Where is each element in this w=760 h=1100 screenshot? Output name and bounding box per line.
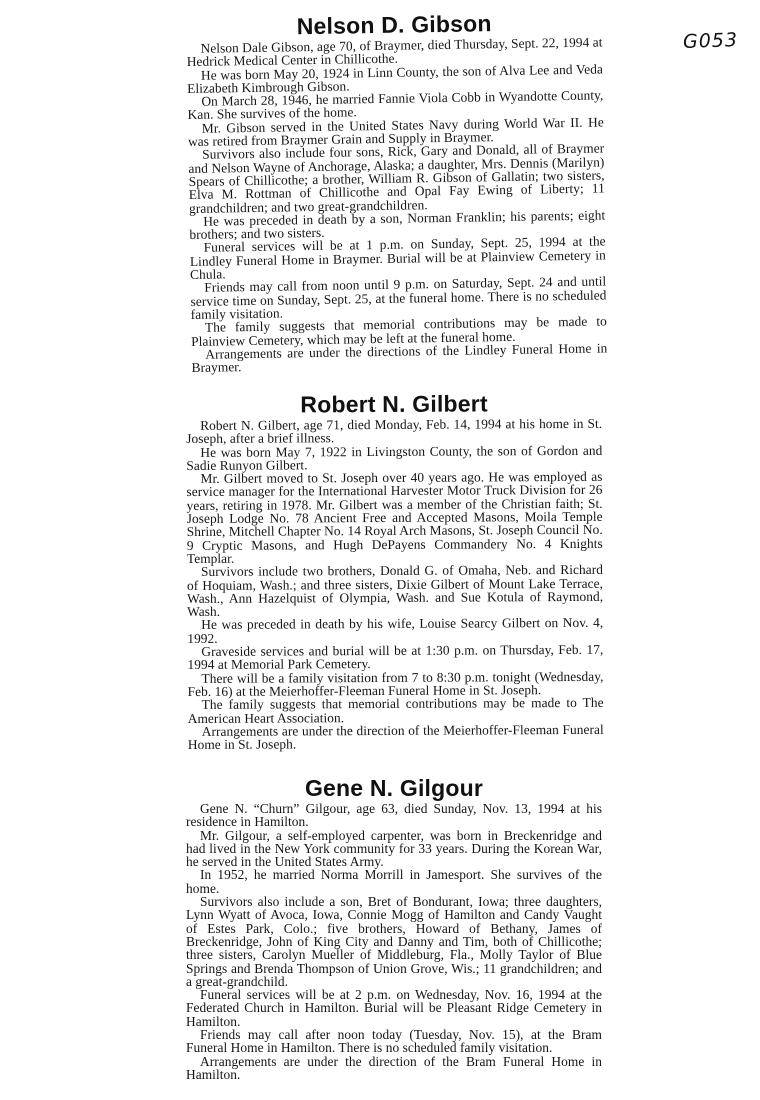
obituary-title: Gene N. Gilgour (186, 774, 602, 802)
obituary-gene-gilgour: Gene N. Gilgour Gene N. “Churn” Gilgour,… (186, 774, 602, 1081)
paragraph: Survivors include two brothers, Donald G… (187, 563, 603, 618)
paragraph: Survivors also include four sons, Rick, … (188, 142, 605, 215)
obituary-body: Robert N. Gilbert, age 71, died Monday, … (186, 417, 604, 752)
paragraph: Funeral services will be at 2 p.m. on We… (186, 988, 602, 1028)
obituary-body: Nelson Dale Gibson, age 70, of Braymer, … (186, 35, 607, 374)
paragraph: Arrangements are under the direction of … (188, 723, 604, 752)
handwritten-annotation: G053 (683, 29, 739, 53)
obituary-body: Gene N. “Churn” Gilgour, age 63, died Su… (186, 802, 602, 1081)
paragraph: Mr. Gilgour, a self-employed carpenter, … (186, 829, 602, 869)
paragraph: Arrangements are under the directions of… (191, 341, 607, 374)
paragraph: Friends may call after noon today (Tuesd… (186, 1028, 602, 1055)
paragraph: He was born May 7, 1922 in Livingston Co… (186, 443, 602, 472)
paragraph: Arrangements are under the direction of … (186, 1055, 602, 1082)
paragraph: Survivors also include a son, Bret of Bo… (186, 895, 602, 988)
paragraph: Robert N. Gilbert, age 71, died Monday, … (186, 417, 602, 446)
paragraph: Mr. Gilbert moved to St. Joseph over 40 … (186, 470, 602, 565)
paragraph: The family suggests that memorial contri… (188, 696, 604, 725)
paragraph: Graveside services and burial will be at… (187, 643, 603, 672)
obituary-robert-gilbert: Robert N. Gilbert Robert N. Gilbert, age… (186, 389, 604, 752)
paragraph: There will be a family visitation from 7… (187, 669, 603, 698)
paragraph: Gene N. “Churn” Gilgour, age 63, died Su… (186, 802, 602, 829)
obituary-nelson-gibson: Nelson D. Gibson Nelson Dale Gibson, age… (186, 7, 608, 374)
scanned-page: G053 Nelson D. Gibson Nelson Dale Gibson… (0, 0, 760, 1100)
obituary-title: Robert N. Gilbert (186, 389, 602, 419)
paragraph: He was preceded in death by his wife, Lo… (187, 616, 603, 645)
paragraph: In 1952, he married Norma Morrill in Jam… (186, 868, 602, 895)
